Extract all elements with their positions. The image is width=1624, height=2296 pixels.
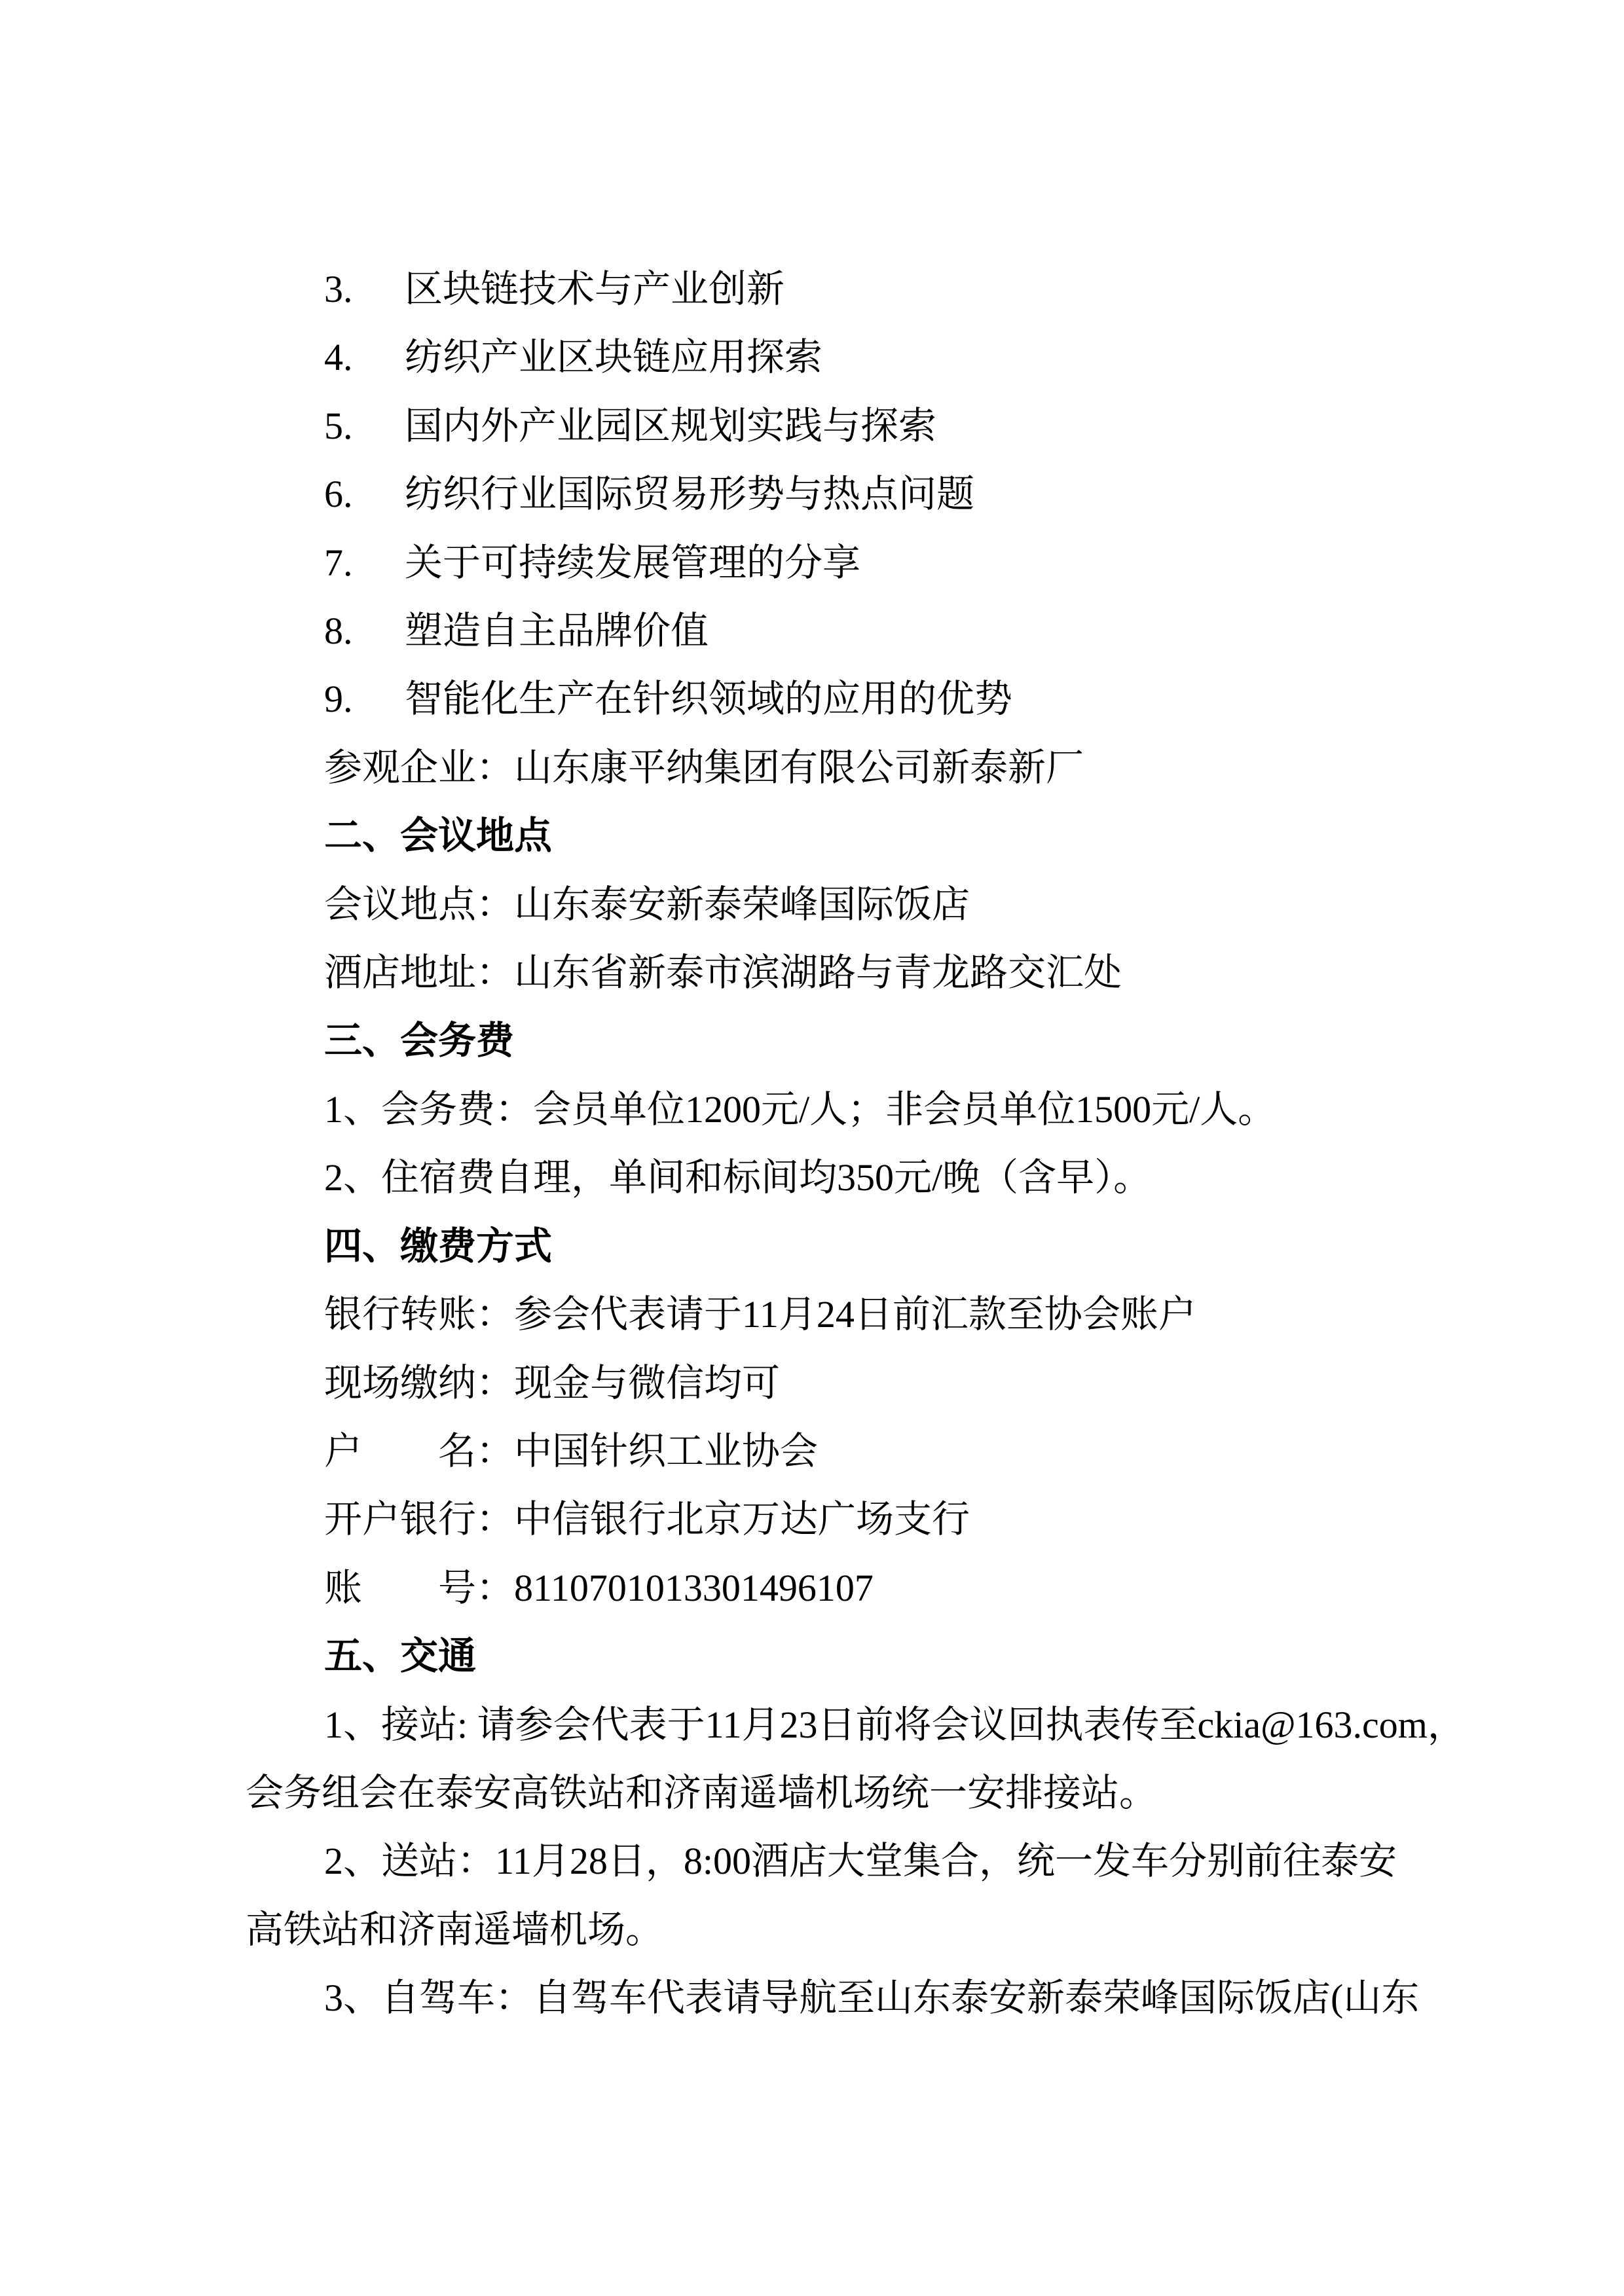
section-heading-transport: 五、交通 — [246, 1622, 1382, 1690]
agenda-item-text: 国内外产业园区规划实践与探索 — [405, 405, 936, 447]
document-page: 3.区块链技术与产业创新 4.纺织产业区块链应用探索 5.国内外产业园区规划实践… — [0, 0, 1624, 2296]
fee-item-1: 1、会务费：会员单位1200元/人；非会员单位1500元/人。 — [246, 1076, 1382, 1144]
agenda-item-5: 5.国内外产业园区规划实践与探索 — [246, 392, 1382, 460]
section-heading-payment: 四、缴费方式 — [246, 1212, 1382, 1281]
bank-transfer-line: 银行转账：参会代表请于11月24日前汇款至协会账户 — [246, 1281, 1382, 1349]
visit-company-line: 参观企业：山东康平纳集团有限公司新泰新厂 — [246, 734, 1382, 802]
account-name-line: 户 名：中国针织工业协会 — [246, 1417, 1382, 1485]
agenda-item-6: 6.纺织行业国际贸易形势与热点问题 — [246, 460, 1382, 528]
agenda-item-number: 9. — [324, 665, 405, 733]
account-number-line: 账 号：8110701013301496107 — [246, 1554, 1382, 1622]
agenda-item-number: 7. — [324, 529, 405, 597]
hotel-address-line: 酒店地址：山东省新泰市滨湖路与青龙路交汇处 — [246, 939, 1382, 1007]
section-heading-venue: 二、会议地点 — [246, 802, 1382, 870]
agenda-item-8: 8.塑造自主品牌价值 — [246, 597, 1382, 665]
agenda-item-text: 塑造自主品牌价值 — [405, 610, 709, 652]
agenda-item-9: 9.智能化生产在针织领域的应用的优势 — [246, 665, 1382, 733]
agenda-item-number: 3. — [324, 255, 405, 323]
section-heading-fee: 三、会务费 — [246, 1007, 1382, 1075]
bank-branch-line: 开户银行：中信银行北京万达广场支行 — [246, 1485, 1382, 1554]
transport-pickup-line-2: 会务组会在泰安高铁站和济南遥墙机场统一安排接站。 — [246, 1759, 1382, 1827]
agenda-item-7: 7.关于可持续发展管理的分享 — [246, 529, 1382, 597]
fee-item-2: 2、住宿费自理，单间和标间均350元/晚（含早）。 — [246, 1144, 1382, 1212]
transport-dropoff-line-1: 2、送站：11月28日，8:00酒店大堂集合，统一发车分别前往泰安 — [246, 1827, 1382, 1895]
transport-pickup-line-1: 1、接站: 请参会代表于11月23日前将会议回执表传至ckia@163.com， — [246, 1691, 1382, 1759]
agenda-item-text: 区块链技术与产业创新 — [405, 268, 784, 310]
agenda-item-number: 4. — [324, 323, 405, 392]
transport-dropoff-line-2: 高铁站和济南遥墙机场。 — [246, 1896, 1382, 1964]
onsite-payment-line: 现场缴纳：现金与微信均可 — [246, 1349, 1382, 1417]
agenda-item-text: 纺织行业国际贸易形势与热点问题 — [405, 473, 974, 515]
venue-line: 会议地点：山东泰安新泰荣峰国际饭店 — [246, 871, 1382, 939]
agenda-item-number: 5. — [324, 392, 405, 460]
agenda-item-3: 3.区块链技术与产业创新 — [246, 255, 1382, 323]
document-body: 3.区块链技术与产业创新 4.纺织产业区块链应用探索 5.国内外产业园区规划实践… — [246, 255, 1382, 2033]
agenda-item-text: 纺织产业区块链应用探索 — [405, 336, 822, 378]
transport-selfdrive-line-1: 3、自驾车：自驾车代表请导航至山东泰安新泰荣峰国际饭店(山东 — [246, 1964, 1382, 2032]
agenda-item-number: 6. — [324, 460, 405, 528]
agenda-item-text: 智能化生产在针织领域的应用的优势 — [405, 678, 1012, 720]
agenda-item-4: 4.纺织产业区块链应用探索 — [246, 323, 1382, 392]
agenda-item-number: 8. — [324, 597, 405, 665]
agenda-item-text: 关于可持续发展管理的分享 — [405, 541, 860, 584]
